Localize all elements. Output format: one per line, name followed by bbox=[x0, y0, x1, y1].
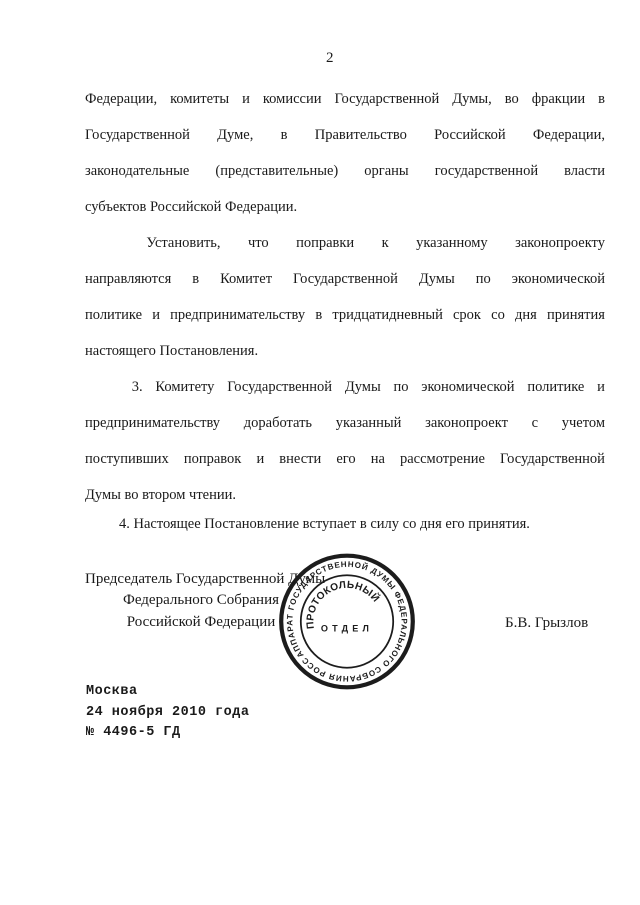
paragraph-2-line-2: направляютсявКомитетГосударственнойДумып… bbox=[85, 261, 605, 297]
stamp-ring-text: АППАРАТ ГОСУДАРСТВЕННОЙ ДУМЫ ФЕДЕРАЛЬНОГ… bbox=[277, 551, 417, 692]
page-number: 2 bbox=[326, 50, 334, 67]
paragraph-3-line-1: 3.КомитетуГосударственнойДумыпоэкономиче… bbox=[85, 369, 605, 405]
paragraph-1-line-1: Федерации,комитетыикомиссииГосударственн… bbox=[85, 81, 605, 117]
paragraph-1-line-3: законодательные(представительные)органыг… bbox=[85, 153, 605, 189]
document-page: 2 Федерации,комитетыикомиссииГосударстве… bbox=[0, 0, 640, 905]
paragraph-2-line-3: политикеипредпринимательствувтридцатидне… bbox=[85, 297, 605, 333]
document-body: Федерации,комитетыикомиссииГосударственн… bbox=[85, 81, 605, 542]
paragraph-3-line-2: предпринимательствудоработатьуказанныйза… bbox=[85, 405, 605, 441]
paragraph-3-line-3: поступившихпоправокивнестиегонарассмотре… bbox=[85, 441, 605, 477]
footer-date: 24 ноября 2010 года bbox=[86, 703, 249, 724]
paragraph-2-line-1: Установить,чтопоправкикуказанномузаконоп… bbox=[85, 225, 605, 261]
stamp-texts: АППАРАТ ГОСУДАРСТВЕННОЙ ДУМЫ ФЕДЕРАЛЬНОГ… bbox=[277, 551, 417, 692]
paragraph-2-line-4: настоящего Постановления. bbox=[85, 333, 605, 369]
stamp-circles bbox=[281, 556, 413, 688]
footer-number: № 4496-5 ГД bbox=[86, 723, 249, 744]
paragraph-1-line-2: ГосударственнойДуме,вПравительствоРоссий… bbox=[85, 117, 605, 153]
paragraph-1-line-4: субъектов Российской Федерации. bbox=[85, 189, 605, 225]
protocol-department-stamp-icon: АППАРАТ ГОСУДАРСТВЕННОЙ ДУМЫ ФЕДЕРАЛЬНОГ… bbox=[277, 551, 417, 692]
footer-city: Москва bbox=[86, 682, 249, 703]
signatory-name: Б.В. Грызлов bbox=[505, 615, 588, 632]
stamp-inner-line-text: ОТДЕЛ bbox=[321, 623, 373, 633]
document-footer: Москва 24 ноября 2010 года № 4496-5 ГД bbox=[86, 682, 249, 744]
paragraph-4-line-1: 4. Настоящее Постановление вступает в си… bbox=[85, 506, 605, 542]
